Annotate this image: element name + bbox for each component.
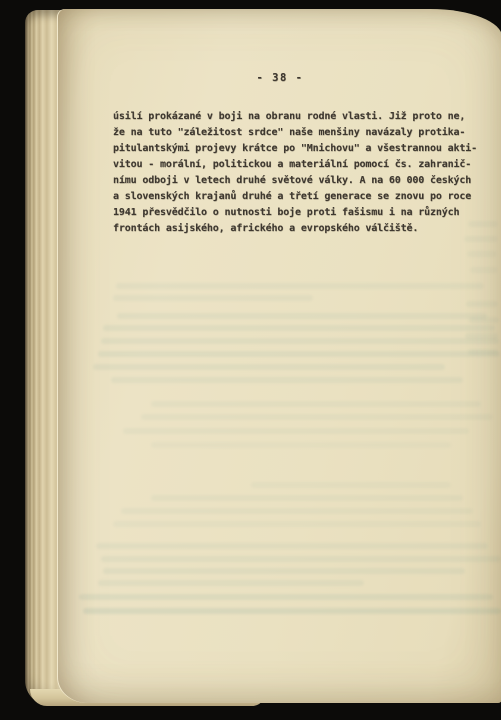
book-page: - 38 - úsilí prokázané v boji na obranu … [57,9,501,703]
bleedthrough-line [116,283,484,289]
bleedthrough-line [93,364,445,370]
typewritten-line: 1941 přesvědčilo o nutnosti boje proti f… [113,205,489,221]
bleedthrough-line [251,482,451,488]
bleedthrough-line [98,580,364,586]
typewritten-line: pitulantskými projevy krátce po "Mnichov… [113,141,489,157]
typewritten-line: frontách asijského, afrického a evropské… [113,221,489,237]
bleedthrough-line [466,301,498,307]
bleedthrough-line [467,251,497,257]
bleedthrough-line [469,317,499,323]
bleedthrough-line [96,543,488,549]
bleedthrough-line [98,351,500,357]
bleedthrough-line [79,594,493,600]
bleedthrough-line [123,428,469,434]
bleedthrough-line [151,442,451,448]
bleedthrough-line [103,325,495,331]
typewritten-line: že na tuto "záležitost srdce" naše menši… [113,125,489,141]
bleedthrough-line [470,267,498,273]
bleedthrough-line [113,295,313,301]
bleedthrough-line [113,521,481,527]
bleedthrough-line [151,401,481,407]
typewritten-line: úsilí prokázané v boji na obranu rodné v… [113,109,489,125]
bleedthrough-line [103,568,465,574]
page-number: - 38 - [58,72,501,84]
typewritten-line: nímu odboji v letech druhé světové války… [113,173,489,189]
bleedthrough-line [121,508,473,514]
scanned-book-photo: - 38 - úsilí prokázané v boji na obranu … [0,0,501,720]
bleedthrough-line [468,349,498,355]
bleedthrough-line [101,556,501,562]
bleedthrough-line [151,495,463,501]
bleedthrough-line [465,333,498,339]
bleedthrough-line [83,608,501,614]
typewritten-line: a slovenských krajanů druhé a třetí gene… [113,189,489,205]
typewritten-paragraph: úsilí prokázané v boji na obranu rodné v… [113,109,489,237]
bleedthrough-line [141,414,493,420]
bleedthrough-line [117,313,487,319]
bleedthrough-line [101,338,499,344]
typewritten-line: vitou - morální, politickou a materiální… [113,157,489,173]
bleedthrough-line [111,377,463,383]
photo-background: { "photo": { "background_color": "#0c0b0… [0,0,501,720]
